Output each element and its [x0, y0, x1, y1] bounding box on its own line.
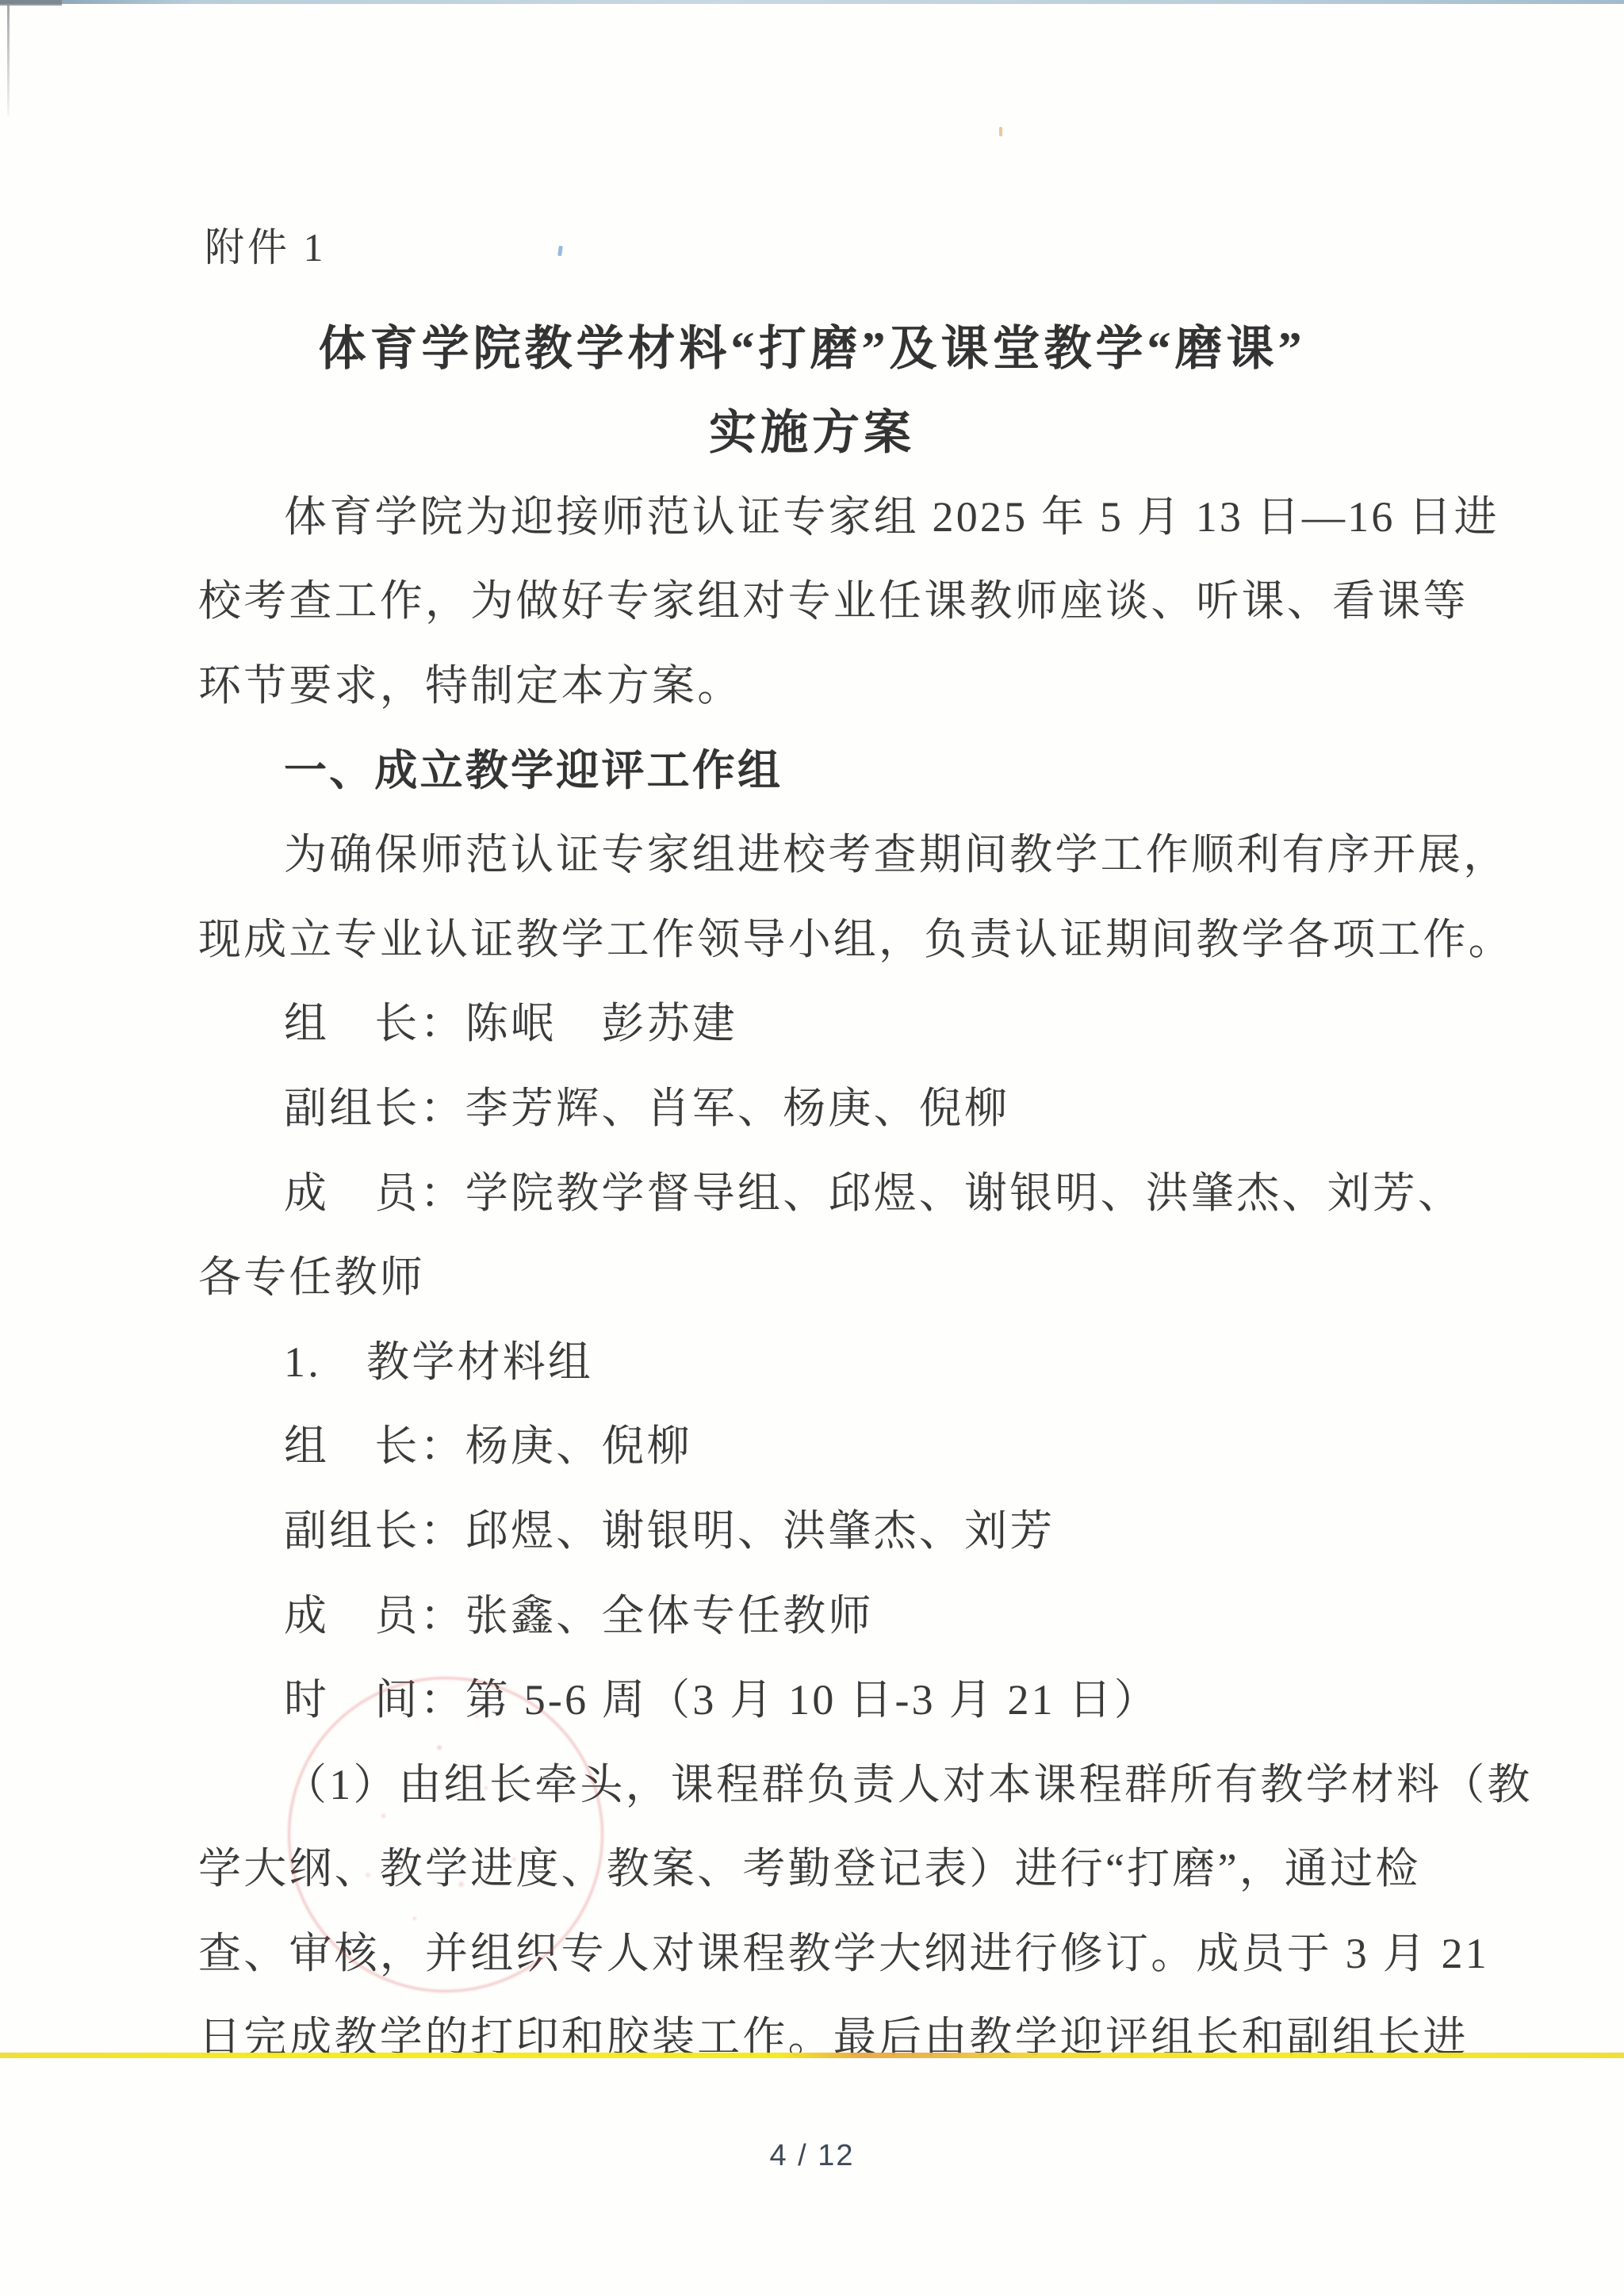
scan-edge-left-line — [7, 5, 10, 116]
attachment-label: 附件 1 — [205, 216, 327, 273]
document-line: 组 长：杨庚、倪柳 — [198, 1401, 1499, 1486]
yellow-highlight-line — [0, 2053, 1624, 2058]
document-line: 副组长：邱煜、谢银明、洪肇杰、刘芳 — [198, 1485, 1499, 1570]
document-line: 一、成立教学迎评工作组 — [198, 725, 1499, 809]
document-line: 校考查工作，为做好专家组对专业任课教师座谈、听课、看课等 — [198, 556, 1499, 641]
document-line: 组 长：陈岷 彭苏建 — [198, 978, 1499, 1063]
document-line: 1. 教学材料组 — [198, 1316, 1499, 1401]
document-line: 成 员：张鑫、全体专任教师 — [198, 1570, 1499, 1655]
document-page: 附件 1 体育学院教学材料“打磨”及课堂教学“磨课” 实施方案 体育学院为迎接师… — [0, 0, 1624, 2296]
document-line: 环节要求，特制定本方案。 — [198, 640, 1499, 725]
document-line: 体育学院为迎接师范认证专家组 2025 年 5 月 13 日—16 日进 — [198, 471, 1499, 556]
document-line: 副组长：李芳辉、肖军、杨庚、倪柳 — [198, 1062, 1499, 1147]
red-stamp-seal — [288, 1677, 603, 1992]
scan-edge-top-line — [0, 0, 1624, 4]
document-title-line2: 实施方案 — [0, 395, 1624, 463]
page-number: 4 / 12 — [0, 2139, 1624, 2173]
red-stamp-speckles — [290, 1679, 601, 1990]
document-line: 各专任教师 — [198, 1231, 1499, 1316]
document-line: 成 员：学院教学督导组、邱煜、谢银明、洪肇杰、刘芳、 — [198, 1147, 1499, 1232]
orange-ink-speck — [999, 127, 1002, 136]
document-line: 为确保师范认证专家组进校考查期间教学工作顺利有序开展， — [198, 809, 1499, 894]
blue-ink-speck — [557, 246, 563, 257]
document-line: 日完成教学的打印和胶装工作。最后由教学迎评组长和副组长进 — [198, 1992, 1499, 2077]
document-title-line1: 体育学院教学材料“打磨”及课堂教学“磨课” — [0, 311, 1624, 379]
document-line: 现成立专业认证教学工作领导小组，负责认证期间教学各项工作。 — [198, 894, 1499, 978]
